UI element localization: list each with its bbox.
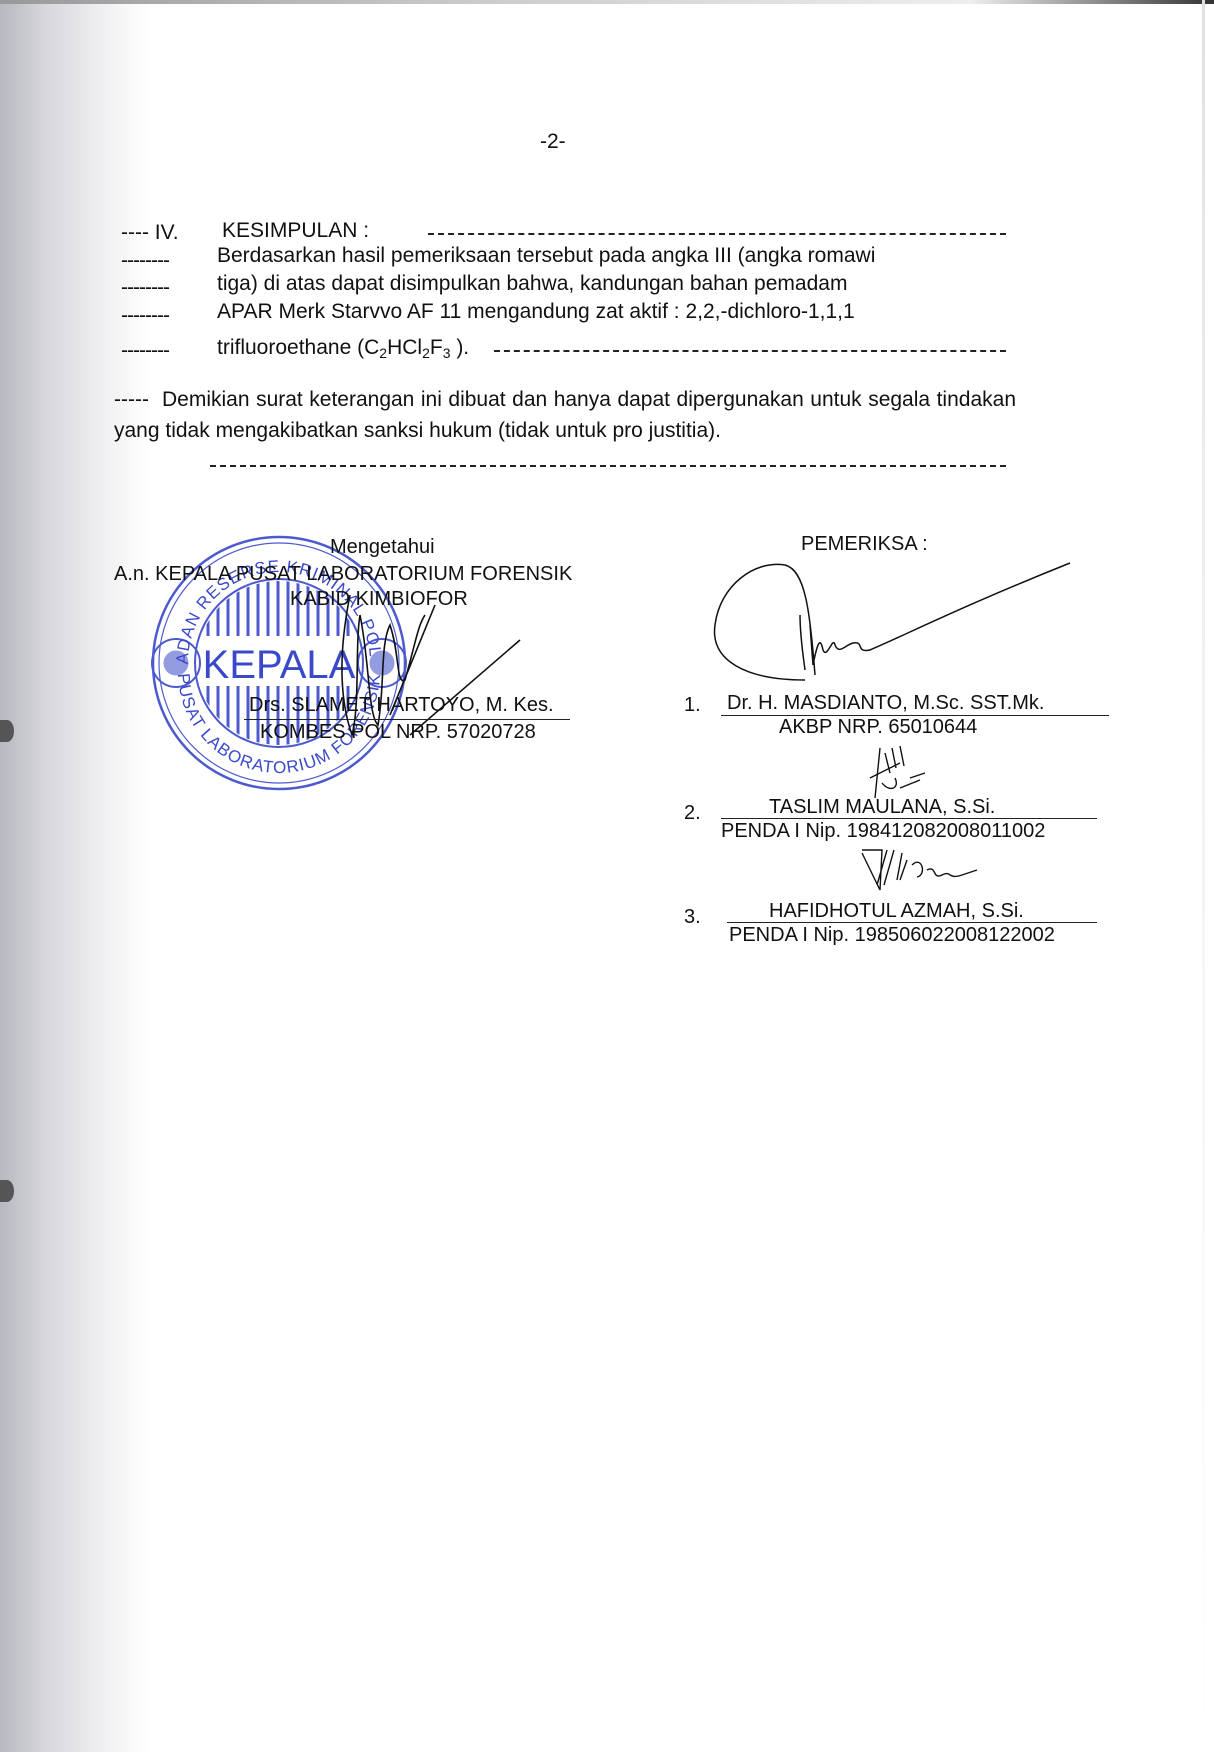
conclusion-line: APAR Merk Starvvo AF 11 mengandung zat a… — [217, 300, 855, 324]
line-prefix: -------- — [121, 339, 169, 363]
section-number: ---- IV. — [121, 221, 179, 245]
page-number: -2- — [540, 130, 566, 154]
scan-edge-top — [0, 0, 1214, 4]
closing-paragraph: ----- Demikian surat keterangan ini dibu… — [114, 384, 1016, 446]
closing-prefix: ----- — [114, 388, 149, 411]
formula-close: ). — [450, 336, 469, 359]
acknowledger-name: Drs. SLAMET HARTOYO, M. Kes. — [249, 694, 554, 717]
examiner-id: PENDA I Nip. 198412082008011002 — [721, 820, 1045, 843]
examiner-number: 1. — [684, 694, 701, 717]
acknowledge-label: Mengetahui — [330, 536, 435, 559]
closing-text: Demikian surat keterangan ini dibuat dan… — [114, 388, 1016, 442]
dash-filler — [494, 350, 1006, 352]
line-prefix: -------- — [121, 304, 169, 328]
signature-underline — [727, 922, 1097, 923]
line-prefix: -------- — [121, 249, 169, 273]
signature-underline — [721, 818, 1097, 819]
signature-examiner-1 — [705, 555, 1075, 690]
punch-hole-mark — [0, 720, 14, 742]
examiner-id: AKBP NRP. 65010644 — [779, 716, 977, 739]
dash-filler — [210, 465, 1006, 467]
signature-examiner-3 — [852, 845, 982, 900]
examiner-name: Dr. H. MASDIANTO, M.Sc. SST.Mk. — [727, 692, 1044, 715]
examiner-name: HAFIDHOTUL AZMAH, S.Si. — [769, 900, 1024, 923]
formula-intro: trifluoroethane ( — [217, 336, 364, 359]
section-heading: KESIMPULAN : — [222, 219, 369, 243]
chemical-formula: C2HCl2F3 — [364, 336, 450, 359]
examiner-number: 3. — [684, 906, 701, 929]
signature-underline — [244, 719, 570, 720]
scan-edge-right — [1202, 0, 1205, 1752]
punch-hole-mark — [0, 1180, 14, 1202]
examiner-name: TASLIM MAULANA, S.Si. — [769, 796, 995, 819]
acknowledger-rank-id: KOMBES POL NRP. 57020728 — [260, 721, 536, 744]
dash-filler — [428, 233, 1006, 235]
examiner-id: PENDA I Nip. 198506022008122002 — [729, 924, 1055, 947]
examiners-label: PEMERIKSA : — [801, 533, 928, 556]
examiner-number: 2. — [684, 802, 701, 825]
on-behalf-of: A.n. KEPALA PUSAT LABORATORIUM FORENSIK — [114, 563, 572, 586]
conclusion-line: tiga) di atas dapat disimpulkan bahwa, k… — [217, 272, 847, 296]
conclusion-line: Berdasarkan hasil pemeriksaan tersebut p… — [217, 244, 875, 268]
formula-line: trifluoroethane (C2HCl2F3 ). — [217, 336, 469, 361]
line-prefix: -------- — [121, 276, 169, 300]
